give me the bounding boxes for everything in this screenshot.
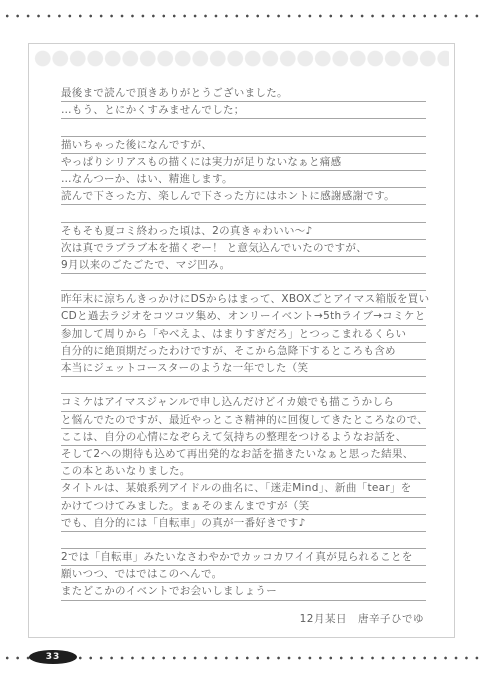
- text-row: [61, 119, 426, 136]
- text-row: この本とあいなりました。: [61, 463, 426, 480]
- text-row: 次は真でラブラブ本を描くぞー！ と意気込んでいたのですが、: [61, 240, 426, 257]
- text-row: そして2への期待も込めて再出発的なお話を描きたいなぁと思った結果、: [61, 446, 426, 463]
- text-row: CDと過去ラジオをコツコツ集め、オンリーイベント→5thライブ→コミケと: [61, 308, 426, 325]
- text-row: 参加して周りから「やべえよ、はまりすぎだろ」とつっこまれるくらい: [61, 326, 426, 343]
- text-row: やっぱりシリアスもの描くには実力が足りないなぁと痛感: [61, 154, 426, 171]
- afterword-frame: 最後まで読んで頂きありがとうございました。…もう、とにかくすみませんでした；描い…: [28, 43, 455, 638]
- page-number-badge: 33: [29, 650, 77, 664]
- text-row: 最後まで読んで頂きありがとうございました。: [61, 85, 426, 102]
- text-row: と悩んでたのですが、最近やっとこさ精神的に回復してきたところなので、: [61, 412, 426, 429]
- text-row: 願いつつ、ではではこのへんで。: [61, 566, 426, 583]
- text-row: 本当にジェットコースターのような一年でした（笑: [61, 360, 426, 377]
- page-number: 33: [46, 653, 61, 662]
- text-row: [61, 532, 426, 549]
- text-row: …なんつーか、はい、精進します。: [61, 171, 426, 188]
- text-row: かけてつけてみました。まぁそのまんまですが（笑: [61, 498, 426, 515]
- text-row: [61, 274, 426, 291]
- afterword-text-block: 最後まで読んで頂きありがとうございました。…もう、とにかくすみませんでした；描い…: [61, 85, 426, 628]
- text-row: 自分的に絶頂期だったわけですが、そこから急降下するところも含め: [61, 343, 426, 360]
- text-row: 2では「自転車」みたいなさわやかでカッコカワイイ真が見られることを: [61, 549, 426, 566]
- text-row: 読んで下さった方、楽しんで下さった方にはホントに感謝感謝です。: [61, 188, 426, 205]
- scanned-afterword-page: 最後まで読んで頂きありがとうございました。…もう、とにかくすみませんでした；描い…: [0, 0, 480, 685]
- text-row: 昨年末に涼ちんきっかけにDSからはまって、XBOXごとアイマス箱版を買い: [61, 291, 426, 308]
- top-dotted-border: [0, 12, 480, 18]
- text-row: そもそも夏コミ終わった頃は、2の真きゃわいい〜♪: [61, 223, 426, 240]
- signoff-line: 12月某日 唐辛子ひでゆ: [61, 611, 426, 628]
- text-row: タイトルは、某娘系列アイドルの曲名に、「迷走Mind」、新曲「tear」を: [61, 480, 426, 497]
- decorative-circle-band: [34, 50, 449, 67]
- text-row: [61, 377, 426, 394]
- text-row: またどこかのイベントでお会いしましょうー: [61, 583, 426, 600]
- text-row: 描いちゃった後になんですが、: [61, 137, 426, 154]
- text-row: [61, 205, 426, 222]
- text-row: …もう、とにかくすみませんでした；: [61, 102, 426, 119]
- text-row: でも、自分的には「自転車」の真が一番好きです♪: [61, 515, 426, 532]
- text-row: ここは、自分の心情になぞらえて気持ちの整理をつけるようなお話を、: [61, 429, 426, 446]
- text-row: コミケはアイマスジャンルで申し込んだけどイカ娘でも描こうかしら: [61, 394, 426, 411]
- ruled-rows: 最後まで読んで頂きありがとうございました。…もう、とにかくすみませんでした；描い…: [61, 85, 426, 601]
- text-row: 9月以来のごたごたで、マジ凹み。: [61, 257, 426, 274]
